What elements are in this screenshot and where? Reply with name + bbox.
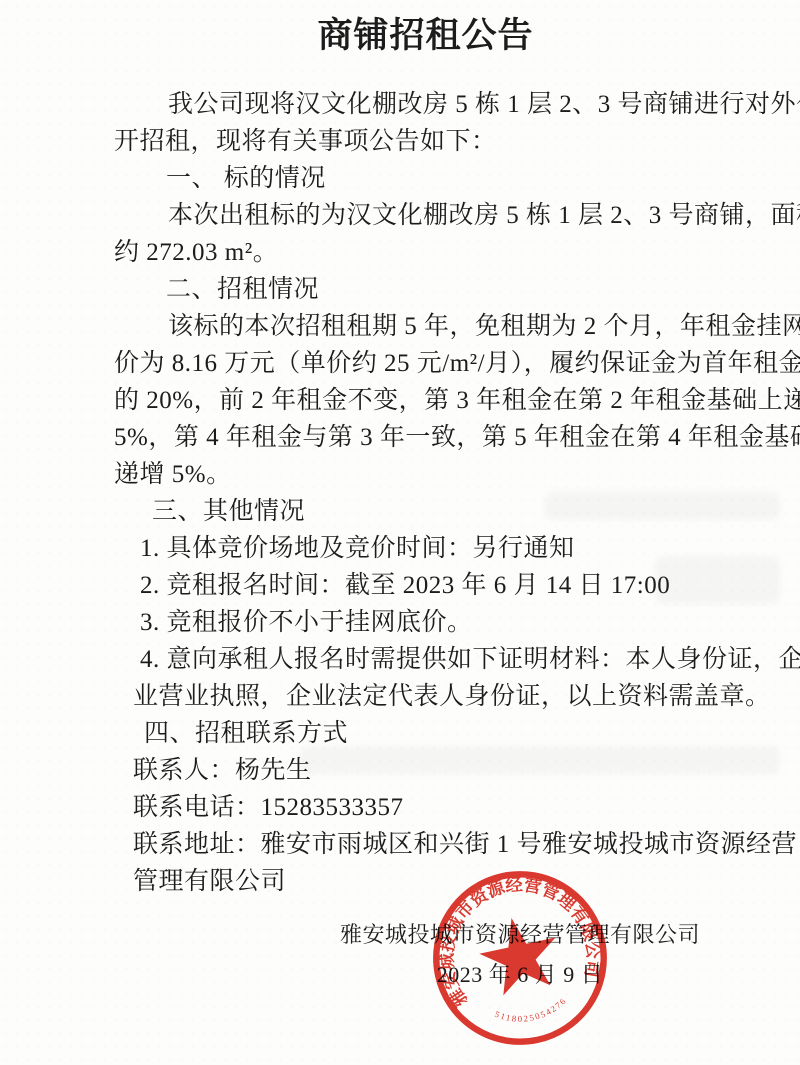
scan-bleedthrough-artifact bbox=[655, 556, 780, 604]
list-item-4: 4. 意向承租人报名时需提供如下证明材料：本人身份证，企 bbox=[114, 641, 774, 678]
scan-bleedthrough-artifact bbox=[300, 746, 780, 774]
doc-line: 的 20%，前 2 年租金不变，第 3 年租金在第 2 年租金基础上递增 bbox=[114, 382, 774, 419]
doc-line: 递增 5%。 bbox=[114, 456, 774, 493]
doc-line: 约 272.03 m²。 bbox=[114, 234, 774, 271]
doc-line: 价为 8.16 万元（单价约 25 元/m²/月），履约保证金为首年租金 bbox=[114, 345, 774, 382]
contact-phone-line: 联系电话：15283533357 bbox=[114, 789, 774, 826]
doc-line: 开招租，现将有关事项公告如下： bbox=[114, 123, 774, 160]
company-seal-stamp: 雅安城投城市资源经营管理有限公司 5118025054276 bbox=[412, 850, 628, 1065]
seal-serial-number: 5118025054276 bbox=[492, 994, 572, 1030]
doc-line: 本次出租标的为汉文化棚改房 5 栋 1 层 2、3 号商铺，面积 bbox=[114, 197, 774, 234]
list-item-4-continuation: 业营业执照，企业法定代表人身份证，以上资料需盖章。 bbox=[114, 678, 774, 715]
star-icon bbox=[473, 910, 565, 999]
section-heading-2: 二、招租情况 bbox=[114, 271, 774, 308]
doc-line: 5%，第 4 年租金与第 3 年一致，第 5 年租金在第 4 年租金基础上 bbox=[114, 419, 774, 456]
doc-line: 我公司现将汉文化棚改房 5 栋 1 层 2、3 号商铺进行对外公 bbox=[114, 86, 774, 123]
scan-bleedthrough-artifact bbox=[545, 492, 780, 520]
contact-address-line: 联系地址：雅安市雨城区和兴街 1 号雅安城投城市资源经营 bbox=[114, 826, 774, 863]
scanned-document-page: 商铺招租公告 我公司现将汉文化棚改房 5 栋 1 层 2、3 号商铺进行对外公 … bbox=[0, 0, 800, 1065]
document-title: 商铺招租公告 bbox=[114, 12, 737, 60]
section-heading-1: 一、 标的情况 bbox=[114, 160, 774, 197]
doc-line: 该标的本次招租租期 5 年，免租期为 2 个月，年租金挂网底 bbox=[114, 308, 774, 345]
list-item-3: 3. 竞租报价不小于挂网底价。 bbox=[114, 604, 774, 641]
